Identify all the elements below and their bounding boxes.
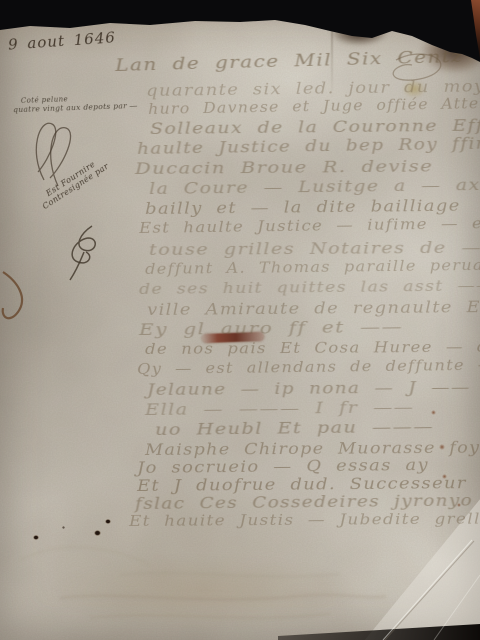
date-annotation: 9 aout 1646 [8,28,117,53]
photo-backdrop: 9 aout 1646 Coté pelune quatre vingt aux… [0,0,480,640]
manuscript-line: de nos pais Et Cosa Huree — de [145,338,480,358]
worm-hole [33,535,39,540]
manuscript-line: la Coure — Lusitge a — ax —— [149,174,480,198]
manuscript-line: Qy — est allendans de deffunte —— [137,355,480,378]
bottom-smudge [50,556,360,626]
showthrough-marks [20,547,386,618]
manuscript-line: Ey gl auro ff et —— [139,317,403,339]
manuscript-line: uo Heubl Et pau ——— [155,417,434,439]
rust-speck [431,410,436,415]
margin-note-diagonal: Est Fournire Contresignée par [36,154,110,211]
binding-thread [3,272,22,318]
worm-hole [62,526,65,529]
margin-note-top: Coté pelune quatre vingt aux depots par … [13,93,138,114]
manuscript-line: Ducacin Broue R. devise [135,156,433,178]
manuscript-line: Et hauite Justis — Jubedite grellede [129,509,480,530]
manuscript-line: ville Amiraute de regnaulte El [147,297,480,319]
manuscript-line: Jelaune — ip nona — J —— [147,377,471,399]
manuscript-line: Lan de grace Mil Six Centz ——— [115,45,480,76]
worm-hole [105,519,111,524]
worm-hole [94,530,101,536]
manuscript-line: Ella — ——— I fr —— [145,397,414,419]
singe-mark-top [330,20,388,46]
signature-paraph [70,226,95,280]
manuscript-line: deffunt A. Thomas paraille perua [145,256,480,278]
fold-crease-lines [383,540,480,640]
parchment-page: 9 aout 1646 Coté pelune quatre vingt aux… [0,0,480,640]
manuscript-line: de ses huit quittes las asst —— [139,276,480,298]
backdrop-corner-sliver [460,0,480,58]
